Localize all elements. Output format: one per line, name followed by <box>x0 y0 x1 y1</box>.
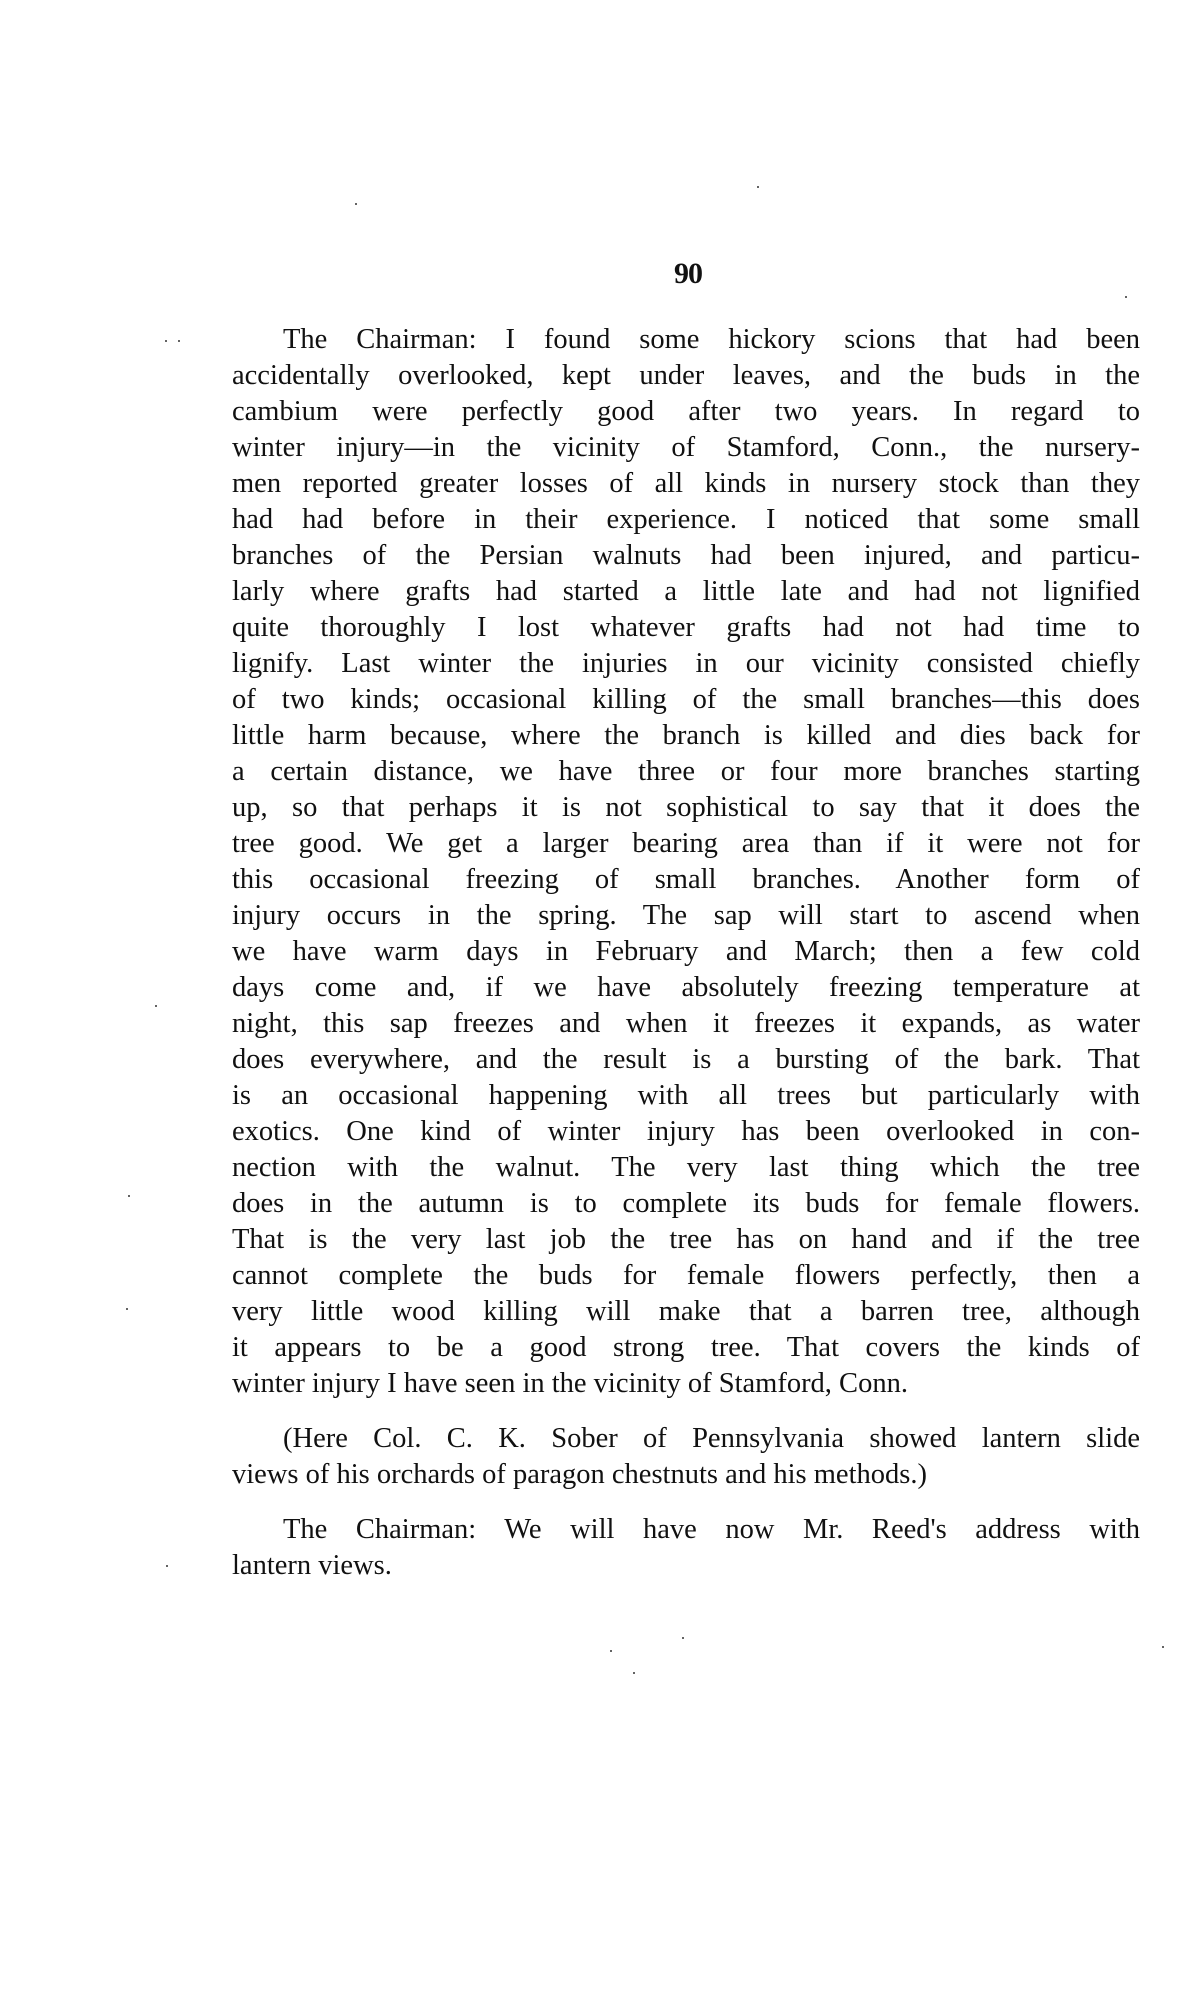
text-line: we have warm days in February and March;… <box>232 934 1140 970</box>
text-line: (Here Col. C. K. Sober of Pennsylvania s… <box>232 1421 1140 1457</box>
scan-speck <box>682 1637 684 1639</box>
text-line: does in the autumn is to complete its bu… <box>232 1186 1140 1222</box>
text-line: this occasional freezing of small branch… <box>232 862 1140 898</box>
text-line: had had before in their experience. I no… <box>232 502 1140 538</box>
scan-speck <box>633 1672 635 1674</box>
text-line: it appears to be a good strong tree. Tha… <box>232 1330 1140 1366</box>
text-line: very little wood killing will make that … <box>232 1294 1140 1330</box>
scan-speck <box>128 1195 130 1197</box>
text-line: quite thoroughly I lost whatever grafts … <box>232 610 1140 646</box>
scan-speck <box>757 186 759 188</box>
text-line: cambium were perfectly good after two ye… <box>232 394 1140 430</box>
text-line: night, this sap freezes and when it free… <box>232 1006 1140 1042</box>
text-line: little harm because, where the branch is… <box>232 718 1140 754</box>
page-number: 90 <box>0 256 1202 292</box>
text-line: The Chairman: We will have now Mr. Reed'… <box>232 1512 1140 1548</box>
text-line: views of his orchards of paragon chestnu… <box>232 1457 1140 1493</box>
scan-speck <box>178 340 180 342</box>
text-line: days come and, if we have absolutely fre… <box>232 970 1140 1006</box>
scan-speck <box>1125 296 1127 298</box>
text-line: winter injury—in the vicinity of Stamfor… <box>232 430 1140 466</box>
paragraph-chairman-winter-injury: The Chairman: I found some hickory scion… <box>232 322 1140 1402</box>
text-line: injury occurs in the spring. The sap wil… <box>232 898 1140 934</box>
scan-speck <box>155 1005 157 1007</box>
scan-speck <box>355 203 357 205</box>
scan-speck <box>610 1650 612 1652</box>
text-line: is an occasional happening with all tree… <box>232 1078 1140 1114</box>
text-line: accidentally overlooked, kept under leav… <box>232 358 1140 394</box>
text-line: does everywhere, and the result is a bur… <box>232 1042 1140 1078</box>
scan-speck <box>126 1308 128 1310</box>
text-line: cannot complete the buds for female flow… <box>232 1258 1140 1294</box>
text-line: tree good. We get a larger bearing area … <box>232 826 1140 862</box>
body-text: The Chairman: I found some hickory scion… <box>232 322 1140 1603</box>
paragraph-lantern-slide-note: (Here Col. C. K. Sober of Pennsylvania s… <box>232 1421 1140 1493</box>
scan-speck <box>380 1480 382 1482</box>
text-line: men reported greater losses of all kinds… <box>232 466 1140 502</box>
text-line: branches of the Persian walnuts had been… <box>232 538 1140 574</box>
text-line: larly where grafts had started a little … <box>232 574 1140 610</box>
scan-speck <box>1162 1646 1164 1648</box>
text-line: a certain distance, we have three or fou… <box>232 754 1140 790</box>
text-line: nection with the walnut. The very last t… <box>232 1150 1140 1186</box>
text-line: lantern views. <box>232 1548 1140 1584</box>
text-line: That is the very last job the tree has o… <box>232 1222 1140 1258</box>
text-line: of two kinds; occasional killing of the … <box>232 682 1140 718</box>
text-line: lignify. Last winter the injuries in our… <box>232 646 1140 682</box>
text-line: The Chairman: I found some hickory scion… <box>232 322 1140 358</box>
paragraph-chairman-reed-address: The Chairman: We will have now Mr. Reed'… <box>232 1512 1140 1584</box>
scan-speck <box>166 1565 168 1567</box>
text-line: winter injury I have seen in the vicinit… <box>232 1366 1140 1402</box>
text-line: up, so that perhaps it is not sophistica… <box>232 790 1140 826</box>
scan-speck <box>165 340 167 342</box>
text-line: exotics. One kind of winter injury has b… <box>232 1114 1140 1150</box>
